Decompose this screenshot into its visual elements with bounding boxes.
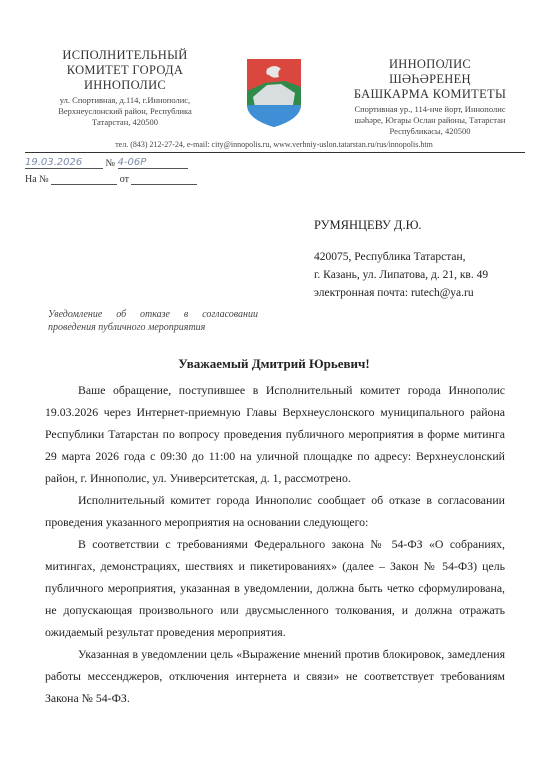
address-line: электронная почта: rutech@ya.ru	[314, 284, 488, 302]
org-line: ШӘҺӘРЕНЕҢ	[345, 72, 515, 87]
handwritten-date: 19.03.2026	[25, 157, 82, 168]
outgoing-registration: 19.03.2026 № 4-06Р	[25, 157, 197, 169]
paragraph: Указанная в уведомлении цель «Выражение …	[45, 643, 505, 709]
address-line: шәһәре, Югары Ослан районы, Татарстан	[345, 115, 515, 126]
address-line: ул. Спортивная, д.114, г.Иннополис,	[40, 95, 210, 106]
org-line: БАШКАРМА КОМИТЕТЫ	[345, 87, 515, 102]
paragraph: Ваше обращение, поступившее в Исполнител…	[45, 379, 505, 489]
reply-reference: На № от	[25, 173, 197, 185]
org-name-tt: ИННОПОЛИС ШӘҺӘРЕНЕҢ БАШКАРМА КОМИТЕТЫ	[345, 57, 515, 102]
org-name-ru: ИСПОЛНИТЕЛЬНЫЙ КОМИТЕТ ГОРОДА ИННОПОЛИС	[40, 48, 210, 93]
registration-block: 19.03.2026 № 4-06Р На № от	[25, 157, 197, 185]
from-label: от	[120, 174, 129, 185]
reply-date-field	[131, 173, 197, 185]
org-address-ru: ул. Спортивная, д.114, г.Иннополис, Верх…	[40, 95, 210, 128]
coat-of-arms-icon	[245, 57, 303, 129]
contact-line: тел. (843) 212-27-24, e-mail: city@innop…	[0, 140, 548, 149]
letter-body: Ваше обращение, поступившее в Исполнител…	[45, 379, 505, 709]
address-line: Верхнеуслонский район, Республика	[40, 106, 210, 117]
recipient-name: РУМЯНЦЕВУ Д.Ю.	[314, 218, 422, 233]
letter-subject: Уведомление об отказе в согласовании про…	[48, 309, 258, 334]
paragraph: Исполнительный комитет города Иннополис …	[45, 489, 505, 533]
address-line: 420075, Республика Татарстан,	[314, 248, 488, 266]
org-address-tt: Спортивная ур., 114-нче йорт, Иннополис …	[345, 104, 515, 137]
address-line: Спортивная ур., 114-нче йорт, Иннополис	[345, 104, 515, 115]
paragraph: В соответствии с требованиями Федерально…	[45, 533, 505, 643]
number-field: 4-06Р	[118, 157, 188, 169]
greeting: Уважаемый Дмитрий Юрьевич!	[0, 356, 548, 372]
org-line: КОМИТЕТ ГОРОДА	[40, 63, 210, 78]
org-line: ИННОПОЛИС	[40, 78, 210, 93]
date-field: 19.03.2026	[25, 157, 103, 169]
sender-header-russian: ИСПОЛНИТЕЛЬНЫЙ КОМИТЕТ ГОРОДА ИННОПОЛИС …	[40, 48, 210, 128]
org-line: ИННОПОЛИС	[345, 57, 515, 72]
number-label: №	[106, 158, 116, 169]
sender-header-tatar: ИННОПОЛИС ШӘҺӘРЕНЕҢ БАШКАРМА КОМИТЕТЫ Сп…	[345, 57, 515, 137]
org-line: ИСПОЛНИТЕЛЬНЫЙ	[40, 48, 210, 63]
handwritten-number: 4-06Р	[118, 157, 147, 168]
address-line: г. Казань, ул. Липатова, д. 21, кв. 49	[314, 266, 488, 284]
reply-number-field	[51, 173, 117, 185]
address-line: Республикасы, 420500	[345, 126, 515, 137]
reply-label: На №	[25, 174, 49, 185]
header-divider	[25, 152, 525, 153]
address-line: Татарстан, 420500	[40, 117, 210, 128]
recipient-address: 420075, Республика Татарстан, г. Казань,…	[314, 248, 488, 302]
